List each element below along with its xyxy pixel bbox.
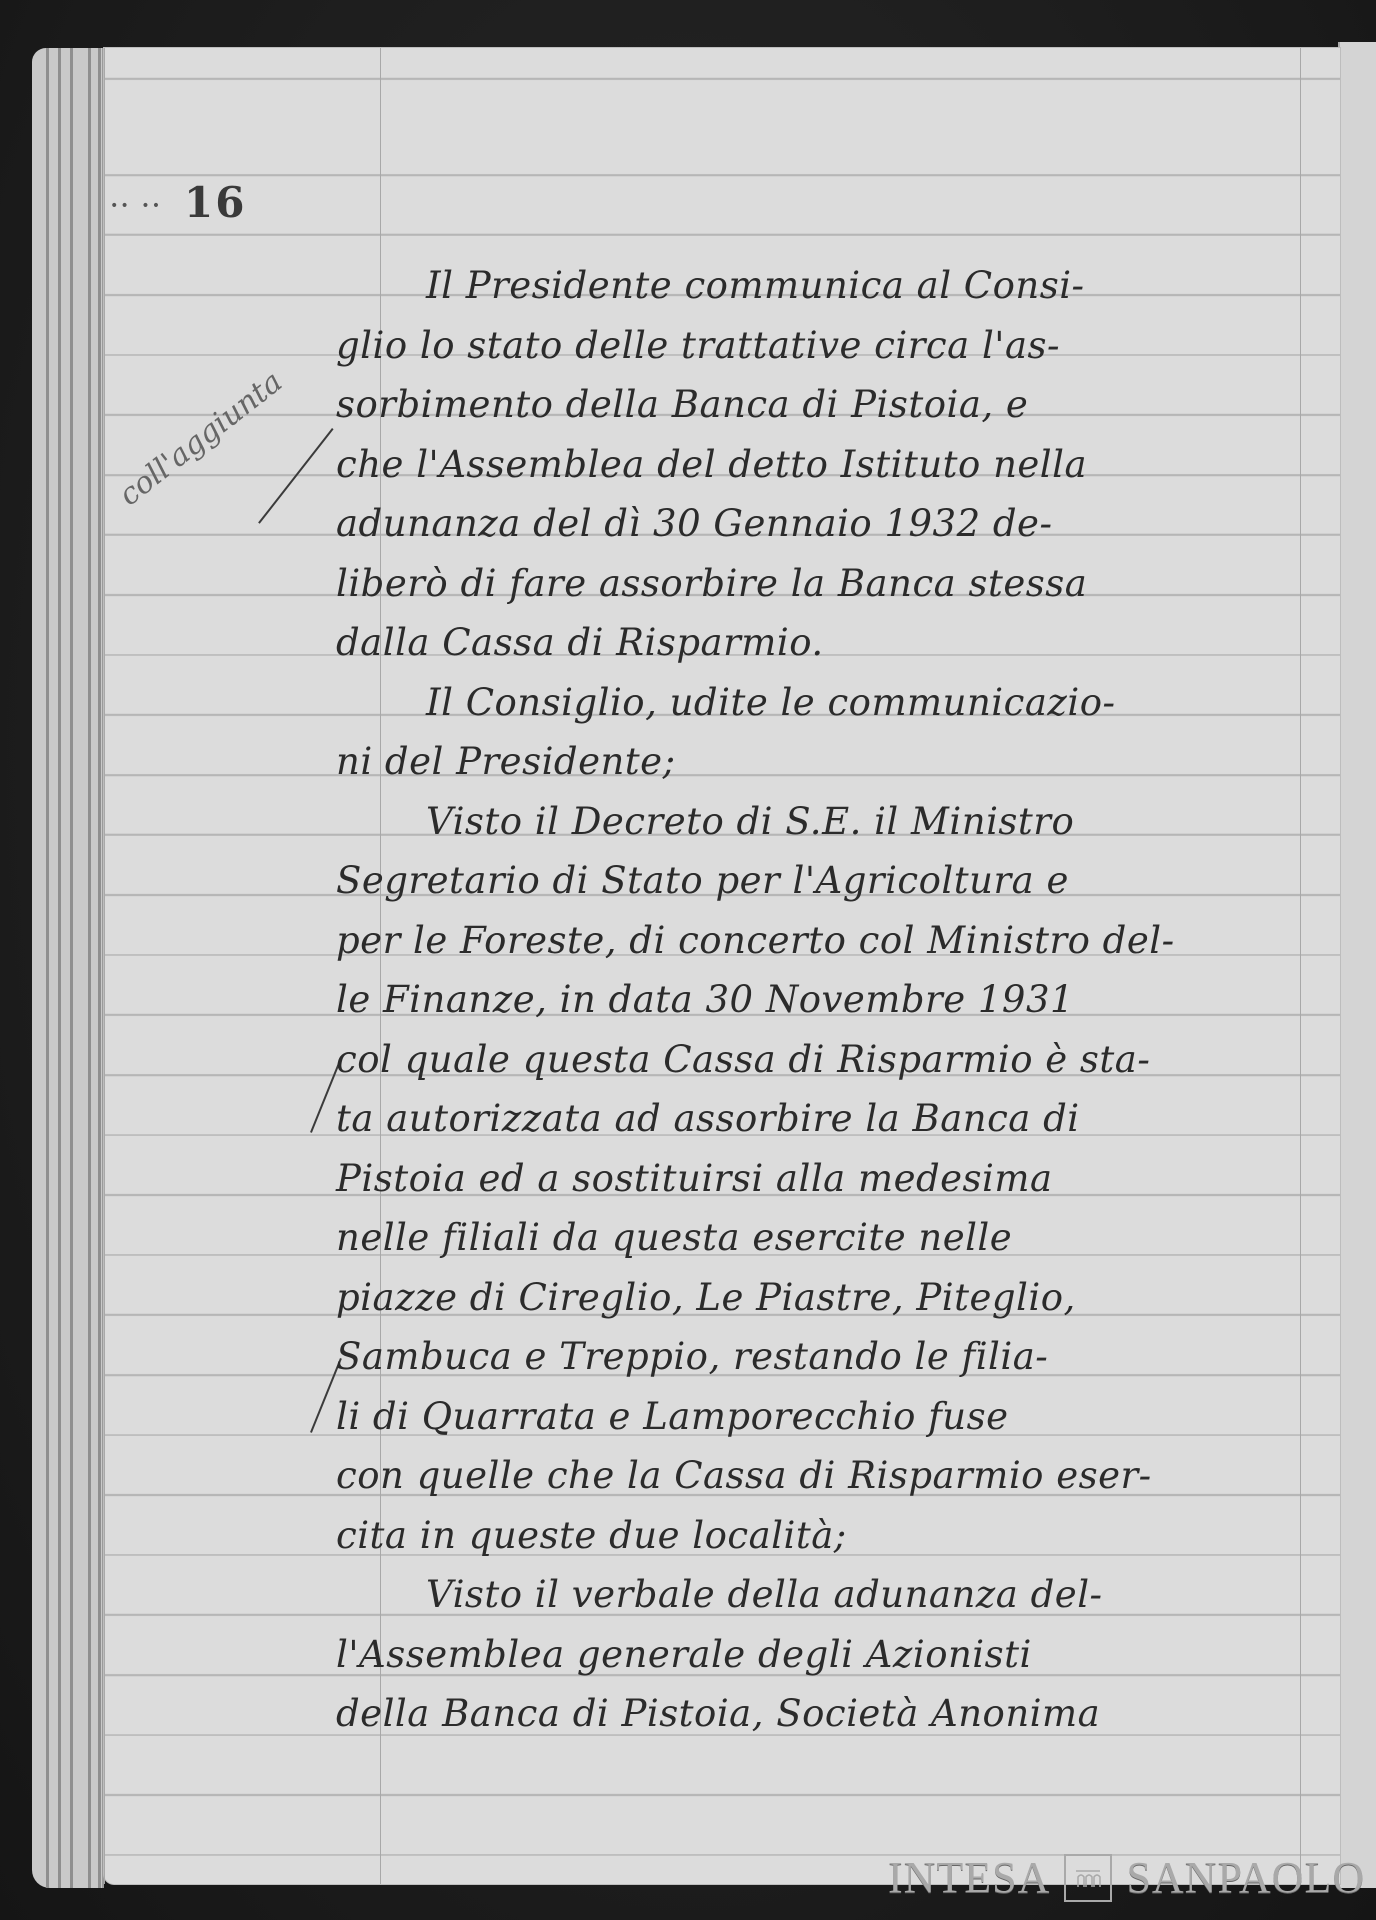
margin-slash-mark — [258, 428, 333, 524]
text-line: ta autorizzata ad assorbire la Banca di — [336, 1089, 1266, 1149]
text-line: col quale questa Cassa di Risparmio è st… — [336, 1030, 1266, 1090]
margin-annotation: coll'aggiunta — [112, 338, 323, 513]
page-edge-line — [46, 48, 49, 1888]
right-margin-rule — [1300, 48, 1301, 1884]
text-line: della Banca di Pistoia, Società Anonima — [336, 1684, 1266, 1744]
text-line: adunanza del dì 30 Gennaio 1932 de- — [336, 494, 1266, 554]
text-line: che l'Assemblea del detto Istituto nella — [336, 435, 1266, 495]
book-binding-edge — [32, 48, 104, 1888]
left-border-rule — [104, 48, 105, 1884]
text-line: Segretario di Stato per l'Agricoltura e — [336, 851, 1266, 911]
handwritten-minutes: Il Presidente communica al Consi- glio l… — [336, 256, 1266, 1744]
text-line: le Finanze, in data 30 Novembre 1931 — [336, 970, 1266, 1030]
text-line: Sambuca e Treppio, restando le filia- — [336, 1327, 1266, 1387]
page-edge-line — [70, 48, 73, 1888]
text-line: Il Consiglio, udite le communicazio- — [336, 673, 1266, 733]
text-line: con quelle che la Cassa di Risparmio ese… — [336, 1446, 1266, 1506]
watermark-right-text: SANPAOLO — [1126, 1852, 1365, 1903]
page-number: 16 — [184, 178, 246, 227]
text-line: Pistoia ed a sostituirsi alla medesima — [336, 1149, 1266, 1209]
text-line: li di Quarrata e Lamporecchio fuse — [336, 1387, 1266, 1447]
page-edge-line — [98, 48, 101, 1888]
text-line: cita in queste due località; — [336, 1506, 1266, 1566]
text-line: piazze di Cireglio, Le Piastre, Piteglio… — [336, 1268, 1266, 1328]
text-line: nelle filiali da questa esercite nelle — [336, 1208, 1266, 1268]
text-line: Il Presidente communica al Consi- — [336, 256, 1266, 316]
text-line: Visto il Decreto di S.E. il Ministro — [336, 792, 1266, 852]
text-line: ni del Presidente; — [336, 732, 1266, 792]
adjacent-page-edge — [1338, 42, 1376, 1888]
text-line: sorbimento della Banca di Pistoia, e — [336, 375, 1266, 435]
intesa-sanpaolo-watermark: INTESA SANPAOLO — [888, 1852, 1365, 1903]
text-line: glio lo stato delle trattative circa l'a… — [336, 316, 1266, 376]
text-line: dalla Cassa di Risparmio. — [336, 613, 1266, 673]
bank-logo-icon — [1064, 1854, 1112, 1902]
stamp-mark: •• •• — [110, 198, 162, 214]
ledger-page: •• •• 16 coll'aggiunta Il Presidente com… — [104, 48, 1340, 1884]
watermark-left-text: INTESA — [888, 1852, 1050, 1903]
page-edge-line — [58, 48, 61, 1888]
text-line: Visto il verbale della adunanza del- — [336, 1565, 1266, 1625]
page-edge-line — [88, 48, 91, 1888]
text-line: l'Assemblea generale degli Azionisti — [336, 1625, 1266, 1685]
text-line: liberò di fare assorbire la Banca stessa — [336, 554, 1266, 614]
building-icon — [1073, 1865, 1103, 1891]
text-line: per le Foreste, di concerto col Ministro… — [336, 911, 1266, 971]
